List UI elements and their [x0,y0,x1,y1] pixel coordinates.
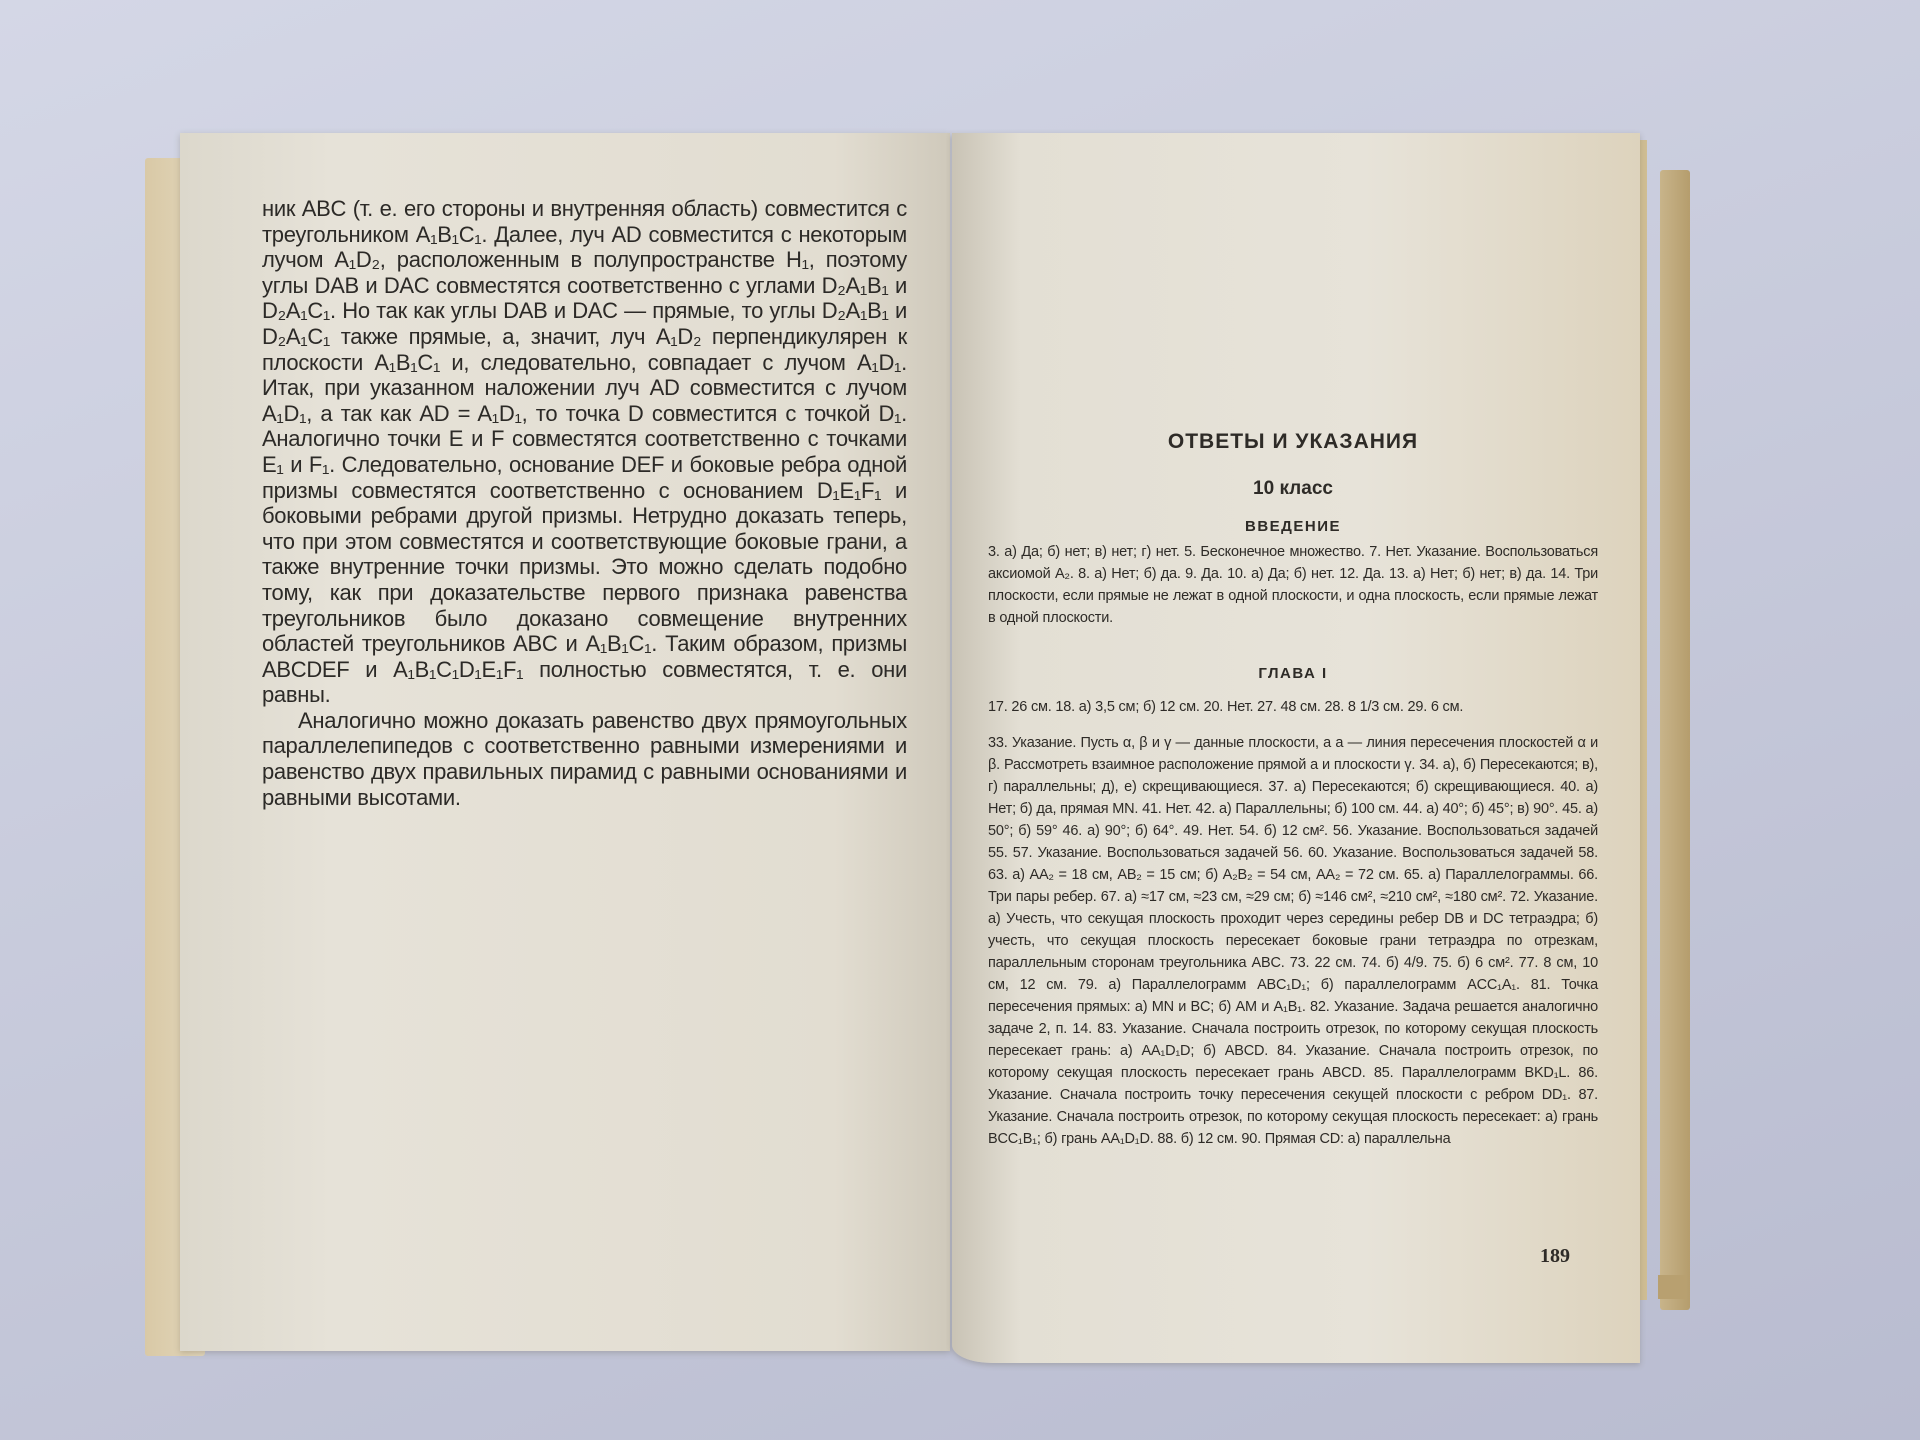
answers-column: ОТВЕТЫ И УКАЗАНИЯ 10 класс ВВЕДЕНИЕ 3. а… [988,420,1598,1150]
paragraph: Аналогично можно доказать равенство двух… [262,708,907,810]
section-heading-intro: ВВЕДЕНИЕ [988,518,1598,535]
section-text-intro: 3. а) Да; б) нет; в) нет; г) нет. 5. Бес… [988,541,1598,629]
book-cover-right-edge [1660,170,1690,1310]
page-title: ОТВЕТЫ И УКАЗАНИЯ [988,430,1598,454]
section-text-chapter-1-first: 17. 26 см. 18. а) 3,5 см; б) 12 см. 20. … [988,696,1598,718]
book-cover-corner [1658,1275,1686,1299]
grade-heading: 10 класс [988,478,1598,500]
left-page-text: ник ABC (т. е. его стороны и внутренняя … [262,196,907,810]
page-number: 189 [1540,1245,1570,1268]
paragraph: ник ABC (т. е. его стороны и внутренняя … [262,196,907,708]
section-heading-chapter-1: ГЛАВА I [988,665,1598,682]
section-text-chapter-1: 33. Указание. Пусть α, β и γ — данные пл… [988,732,1598,1150]
